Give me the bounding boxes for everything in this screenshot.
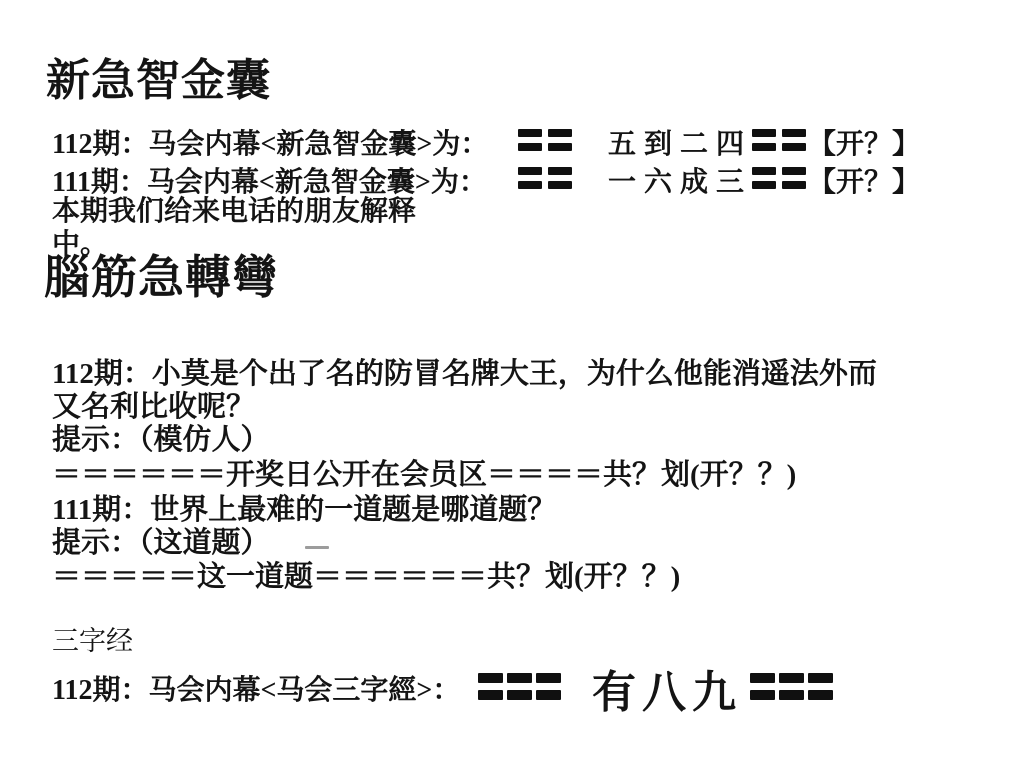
issue-112-result: 【开？】	[808, 122, 920, 162]
triple-bar-symbol	[478, 673, 561, 700]
q111-hint: 提示：（这道题）	[52, 527, 270, 560]
q111-question: 111期：世界上最难的一道题是哪道题？	[52, 494, 556, 527]
issue-111-tip: 一六成三	[608, 160, 752, 200]
golden-bag-title: 新急智金囊	[46, 56, 271, 107]
tip-row-issue-111: 111期：马会内幕<新急智金囊>为： 一六成三 【开？】	[52, 160, 972, 200]
double-bar-symbol	[518, 167, 572, 189]
issue-111-label: 111期：马会内幕<新急智金囊>为：	[52, 160, 487, 200]
tip-row-issue-112: 112期：马会内幕<新急智金囊>为： 五到二四 【开？】	[52, 122, 972, 162]
three-char-classic-title: 三字经	[52, 626, 133, 657]
triple-bar-symbol	[750, 673, 833, 700]
q111-answer-line: ＝＝＝＝＝这一道题＝＝＝＝＝＝共？划(开？？)	[52, 561, 680, 594]
double-bar-symbol	[752, 129, 806, 151]
issue-111-result: 【开？】	[808, 160, 920, 200]
q112-question-line1: 112期：小莫是个出了名的防冒名牌大王，为什么他能消遥法外而	[52, 358, 877, 391]
issue-112-tip: 五到二四	[608, 122, 752, 162]
q112-answer-line: ＝＝＝＝＝＝开奖日公开在会员区＝＝＝＝共？划(开？？)	[52, 459, 796, 492]
brain-teaser-title: 腦筋急轉彎	[44, 252, 279, 305]
tip-row-three-char-112: 112期：马会内幕<马会三字經>： 有八九	[52, 658, 972, 714]
scan-artifact-dash	[305, 546, 329, 549]
issue-112-label: 112期：马会内幕<新急智金囊>为：	[52, 122, 488, 162]
double-bar-symbol	[752, 167, 806, 189]
three-char-tip: 有八九	[592, 656, 742, 720]
note-line-1: 本期我们给来电话的朋友解释	[52, 196, 416, 228]
q112-hint: 提示：（模仿人）	[52, 424, 270, 457]
three-char-issue-label: 112期：马会内幕<马会三字經>：	[52, 668, 460, 708]
scanned-tip-sheet-page: 新急智金囊 112期：马会内幕<新急智金囊>为： 五到二四 【开？】 111期：…	[0, 0, 1024, 781]
q112-question-line2: 又名利比收呢？	[52, 391, 255, 424]
double-bar-symbol	[518, 129, 572, 151]
